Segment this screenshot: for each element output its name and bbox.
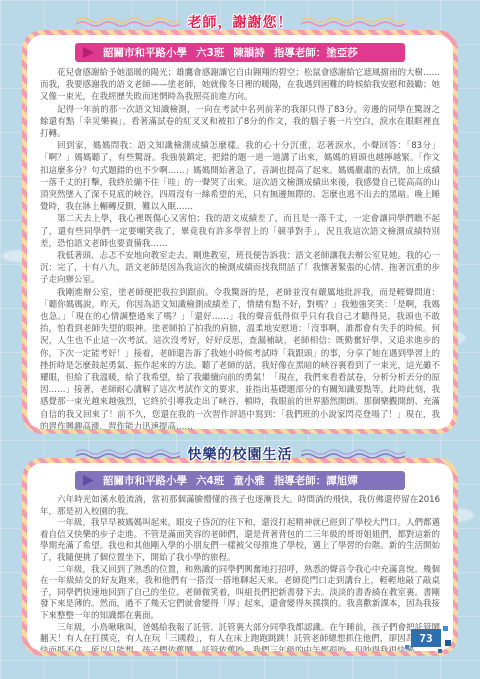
- wavy-line-icon: [301, 449, 405, 459]
- badge-pixel: [443, 626, 448, 631]
- wavy-line-icon: [301, 17, 405, 27]
- essay-paragraph: 一年級，我早早被媽媽叫起來。眼皮子昏沉的往下和，還沒打起精神就已經到了學校大門口…: [40, 518, 440, 564]
- arrow-icon: [83, 475, 94, 486]
- essay-paragraph: 六年時光如溪水般流淌，當初那個滿臉懵懂的孩子也逐漸長大。時間淌的飛快，我仿佛還停…: [40, 495, 440, 518]
- essay-paragraph: 我剛進辦公室，塗老師便把我拉到跟前。令我驚訝的是，老師並沒有嚴厲地批評我，而是輕…: [40, 287, 440, 429]
- essay-paragraph: 記得一年前的那一次語文知識檢測，一向在考試中名列前茅的我卻只得了83分。旁邊的同…: [40, 104, 440, 141]
- essay1-school: 韶關市和平路小學: [103, 45, 187, 60]
- essay2-title-row: 快樂的校園生活: [0, 444, 480, 464]
- badge-pixel: [445, 640, 451, 646]
- essay1-body: 花兒會感謝給予她溫暖的陽光；雄鷹會感謝讓它自由翱翔的碧空；松鼠會感謝給它遮風擋雨…: [40, 67, 440, 429]
- essay-paragraph: 三年級，小鳥啾啾叫，爸媽給我報了託管。託管裏大部分同學我都認識。在午睡前，孩子們…: [40, 623, 440, 651]
- essay1-byline-banner: 韶關市和平路小學 六3班 陳韻詩 指導老師：塗亞莎: [75, 43, 405, 62]
- essay2-class: 六4班: [196, 473, 224, 488]
- essay1-author: 陳韻詩: [233, 45, 265, 60]
- essay2-card: 韶關市和平路小學 六4班 童小雅 指導老師：譚旭嬋 六年時光如溪水般流淌，當初那…: [27, 463, 453, 651]
- badge-pixel: [405, 645, 409, 649]
- essay-paragraph: 第二天去上學，我心裡既傷心又害怕；我的語文成績差了，而且是一落千丈，一定會讓同學…: [40, 213, 440, 250]
- essay1-teacher: 指導老師：塗亞莎: [274, 45, 358, 60]
- essay2-byline-banner: 韶關市和平路小學 六4班 童小雅 指導老師：譚旭嬋: [75, 471, 405, 490]
- essay1-class: 六3班: [196, 45, 224, 60]
- essay1-card: 韶關市和平路小學 六3班 陳韻詩 指導老師：塗亞莎 花兒會感謝給予她溫暖的陽光；…: [27, 35, 453, 429]
- essay-paragraph: 回到家，媽媽問我：語文知識檢測成績怎麼樣。我的心十分沉重，忍著淚水，小聲回答：「…: [40, 140, 440, 213]
- essay1-title-row: 老師，謝謝您！: [0, 12, 480, 32]
- essay2-teacher: 指導老師：譚旭嬋: [274, 473, 358, 488]
- essay1-title: 老師，謝謝您！: [188, 12, 293, 32]
- essay-paragraph: 我低著頭、忐忑不安地向教室走去。剛進教室，班長便告訴我：語文老師讓我去辦公室見她…: [40, 250, 440, 287]
- essay2-author: 童小雅: [233, 473, 265, 488]
- essay1-card-frame: 韶關市和平路小學 六3班 陳韻詩 指導老師：塗亞莎 花兒會感謝給予她溫暖的陽光；…: [22, 30, 458, 434]
- badge-pixel: [438, 649, 442, 653]
- essay2-school: 韶關市和平路小學: [103, 473, 187, 488]
- essay2-body: 六年時光如溪水般流淌，當初那個滿臉懵懂的孩子也逐漸長大。時間淌的飛快，我仿佛還停…: [40, 495, 440, 651]
- wavy-line-icon: [76, 17, 180, 27]
- essay2-card-frame: 韶關市和平路小學 六4班 童小雅 指導老師：譚旭嬋 六年時光如溪水般流淌，當初那…: [22, 458, 458, 656]
- essay-paragraph: 花兒會感謝給予她溫暖的陽光；雄鷹會感謝讓它自由翱翔的碧空；松鼠會感謝給它遮風擋雨…: [40, 67, 440, 104]
- wavy-line-icon: [76, 449, 180, 459]
- arrow-icon: [83, 47, 94, 58]
- essay2-title: 快樂的校園生活: [188, 444, 293, 464]
- page-number-badge: 73: [411, 629, 441, 647]
- essay-paragraph: 二年級，我又回到了熟悉的位置，和熟識的同學們興奮地打招呼，熟悉的聲音令我心中充滿…: [40, 565, 440, 623]
